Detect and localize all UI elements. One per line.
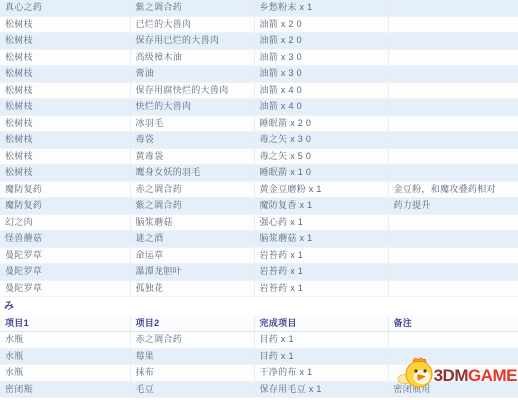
- col-header-item1: 项目1: [0, 315, 130, 332]
- item1-cell: 曼陀罗草: [0, 247, 130, 264]
- item2-cell: 赤之调合药: [130, 181, 254, 198]
- note-cell: [388, 247, 518, 264]
- result-cell: 岩苔药 x 1: [254, 247, 388, 264]
- result-cell: 干净的布 x 1: [254, 365, 388, 382]
- note-cell: [388, 132, 518, 149]
- item1-cell: 松树枝: [0, 16, 130, 33]
- result-cell: 油箭 x 2 0: [254, 33, 388, 50]
- table-row: 怪兽蘑菇 谜之酒 脑浆蘑菇 x 1: [0, 231, 518, 248]
- table-row: 松树枝 快烂的大兽肉 油箭 x 4 0: [0, 99, 518, 116]
- item1-cell: 水瓶: [0, 348, 130, 365]
- item1-cell: 松树枝: [0, 99, 130, 116]
- result-cell: 目药 x 1: [254, 348, 388, 365]
- note-cell: [388, 264, 518, 281]
- item1-cell: 松树枝: [0, 148, 130, 165]
- item1-cell: 魔防复药: [0, 181, 130, 198]
- result-cell: 睡眠箭 x 2 0: [254, 115, 388, 132]
- item1-cell: 松树枝: [0, 115, 130, 132]
- note-cell: [388, 332, 518, 349]
- note-cell: [388, 365, 518, 382]
- guide-page: 真心之药 紫之调合药 乡愁粉末 x 1 松树枝 已烂的大兽肉 油箭 x 2 0 …: [0, 0, 518, 400]
- result-cell: 强心药 x 1: [254, 214, 388, 231]
- table-row: 曼陀罗草 瀑潭龙胆叶 岩苔药 x 1: [0, 264, 518, 281]
- table-row: 幻之肉 脑浆蘑菇 强心药 x 1: [0, 214, 518, 231]
- item2-cell: 毒袋: [130, 132, 254, 149]
- item1-cell: 松树枝: [0, 132, 130, 149]
- bottom-table-body: 水瓶 赤之调合药 目药 x 1 水瓶 莓果 目药 x 1 水瓶 抹布 干净的布 …: [0, 332, 518, 398]
- table-row: 真心之药 紫之调合药 乡愁粉末 x 1: [0, 0, 518, 16]
- note-cell: [388, 0, 518, 16]
- item2-cell: 赤之调合药: [130, 332, 254, 349]
- item2-cell: 黄毒袋: [130, 148, 254, 165]
- table-row: 魔防复药 紫之调合药 魔防复香 x 1 药力提升: [0, 198, 518, 215]
- item1-cell: 真心之药: [0, 0, 130, 16]
- note-cell: [388, 148, 518, 165]
- result-cell: 油箭 x 4 0: [254, 99, 388, 116]
- item2-cell: 保存用腐快烂的大兽肉: [130, 82, 254, 99]
- table-row: 曼陀罗草 孤独花 岩苔药 x 1: [0, 280, 518, 297]
- item1-cell: 松树枝: [0, 33, 130, 50]
- note-cell: [388, 165, 518, 182]
- item1-cell: 水瓶: [0, 332, 130, 349]
- result-cell: 油箭 x 3 0: [254, 49, 388, 66]
- note-cell: [388, 231, 518, 248]
- item1-cell: 曼陀罗草: [0, 280, 130, 297]
- item2-cell: 紫之调合药: [130, 198, 254, 215]
- item2-cell: 莓果: [130, 348, 254, 365]
- col-header-item2: 项目2: [130, 315, 254, 332]
- note-cell: [388, 33, 518, 50]
- note-cell: [388, 82, 518, 99]
- result-cell: 魔防复香 x 1: [254, 198, 388, 215]
- item2-cell: 鹰身女妖的羽毛: [130, 165, 254, 182]
- result-cell: 毒之矢 x 5 0: [254, 148, 388, 165]
- item2-cell: 高级樟木油: [130, 49, 254, 66]
- item1-cell: 魔防复药: [0, 198, 130, 215]
- col-header-result: 完成项目: [254, 315, 388, 332]
- note-cell: [388, 280, 518, 297]
- item2-cell: 保存用已烂的大兽肉: [130, 33, 254, 50]
- note-cell: [388, 99, 518, 116]
- header-row: 项目1 项目2 完成项目 备注: [0, 315, 518, 332]
- result-cell: 岩苔药 x 1: [254, 280, 388, 297]
- result-cell: 油箭 x 4 0: [254, 82, 388, 99]
- note-cell: 药力提升: [388, 198, 518, 215]
- item2-cell: 命运草: [130, 247, 254, 264]
- result-cell: 黄金豆磨粉 x 1: [254, 181, 388, 198]
- result-cell: 脑浆蘑菇 x 1: [254, 231, 388, 248]
- item2-cell: 脑浆蘑菇: [130, 214, 254, 231]
- table-row: 松树枝 保存用已烂的大兽肉 油箭 x 2 0: [0, 33, 518, 50]
- item1-cell: 松树枝: [0, 66, 130, 83]
- item2-cell: 已烂的大兽肉: [130, 16, 254, 33]
- result-cell: 目药 x 1: [254, 332, 388, 349]
- result-cell: 毒之矢 x 3 0: [254, 132, 388, 149]
- item1-cell: 怪兽蘑菇: [0, 231, 130, 248]
- item2-cell: 瀑潭龙胆叶: [130, 264, 254, 281]
- note-cell: [388, 16, 518, 33]
- table-row: 水瓶 莓果 目药 x 1: [0, 348, 518, 365]
- table-row: 松树枝 毒袋 毒之矢 x 3 0: [0, 132, 518, 149]
- item1-cell: 松树枝: [0, 49, 130, 66]
- section-label: み: [0, 297, 518, 315]
- item2-cell: 冰羽毛: [130, 115, 254, 132]
- item1-cell: 曼陀罗草: [0, 264, 130, 281]
- note-cell: [388, 66, 518, 83]
- bottom-table-header: 项目1 项目2 完成项目 备注: [0, 315, 518, 332]
- table-row: 松树枝 黄毒袋 毒之矢 x 5 0: [0, 148, 518, 165]
- combination-table-upper: 真心之药 紫之调合药 乡愁粉末 x 1 松树枝 已烂的大兽肉 油箭 x 2 0 …: [0, 0, 518, 297]
- note-cell: [388, 49, 518, 66]
- item2-cell: 膏油: [130, 66, 254, 83]
- table-row: 松树枝 保存用腐快烂的大兽肉 油箭 x 4 0: [0, 82, 518, 99]
- table-row: 密闭瓶 毛豆 保存用毛豆 x 1 密闭瓶用: [0, 381, 518, 398]
- note-cell: [388, 214, 518, 231]
- item1-cell: 密闭瓶: [0, 381, 130, 398]
- item1-cell: 水瓶: [0, 365, 130, 382]
- note-cell: 密闭瓶用: [388, 381, 518, 398]
- item2-cell: 毛豆: [130, 381, 254, 398]
- note-cell: [388, 115, 518, 132]
- col-header-note: 备注: [388, 315, 518, 332]
- table-row: 水瓶 抹布 干净的布 x 1: [0, 365, 518, 382]
- result-cell: 岩苔药 x 1: [254, 264, 388, 281]
- item1-cell: 松树枝: [0, 165, 130, 182]
- table-row: 水瓶 赤之调合药 目药 x 1: [0, 332, 518, 349]
- result-cell: 油箭 x 3 0: [254, 66, 388, 83]
- table-row: 魔防复药 赤之调合药 黄金豆磨粉 x 1 金豆粉，和魔攻叠药相对: [0, 181, 518, 198]
- item2-cell: 抹布: [130, 365, 254, 382]
- upper-table-body: 真心之药 紫之调合药 乡愁粉末 x 1 松树枝 已烂的大兽肉 油箭 x 2 0 …: [0, 0, 518, 297]
- result-cell: 油箭 x 2 0: [254, 16, 388, 33]
- item1-cell: 幻之肉: [0, 214, 130, 231]
- result-cell: 睡眠箭 x 1 0: [254, 165, 388, 182]
- note-cell: [388, 348, 518, 365]
- item2-cell: 谜之酒: [130, 231, 254, 248]
- table-row: 松树枝 高级樟木油 油箭 x 3 0: [0, 49, 518, 66]
- item1-cell: 松树枝: [0, 82, 130, 99]
- table-row: 松树枝 膏油 油箭 x 3 0: [0, 66, 518, 83]
- item2-cell: 紫之调合药: [130, 0, 254, 16]
- combination-table-bottom: 项目1 项目2 完成项目 备注 水瓶 赤之调合药 目药 x 1 水瓶 莓果 目药…: [0, 315, 518, 398]
- table-row: 曼陀罗草 命运草 岩苔药 x 1: [0, 247, 518, 264]
- table-row: 松树枝 冰羽毛 睡眠箭 x 2 0: [0, 115, 518, 132]
- result-cell: 保存用毛豆 x 1: [254, 381, 388, 398]
- result-cell: 乡愁粉末 x 1: [254, 0, 388, 16]
- item2-cell: 快烂的大兽肉: [130, 99, 254, 116]
- item2-cell: 孤独花: [130, 280, 254, 297]
- table-row: 松树枝 已烂的大兽肉 油箭 x 2 0: [0, 16, 518, 33]
- note-cell: 金豆粉，和魔攻叠药相对: [388, 181, 518, 198]
- table-row: 松树枝 鹰身女妖的羽毛 睡眠箭 x 1 0: [0, 165, 518, 182]
